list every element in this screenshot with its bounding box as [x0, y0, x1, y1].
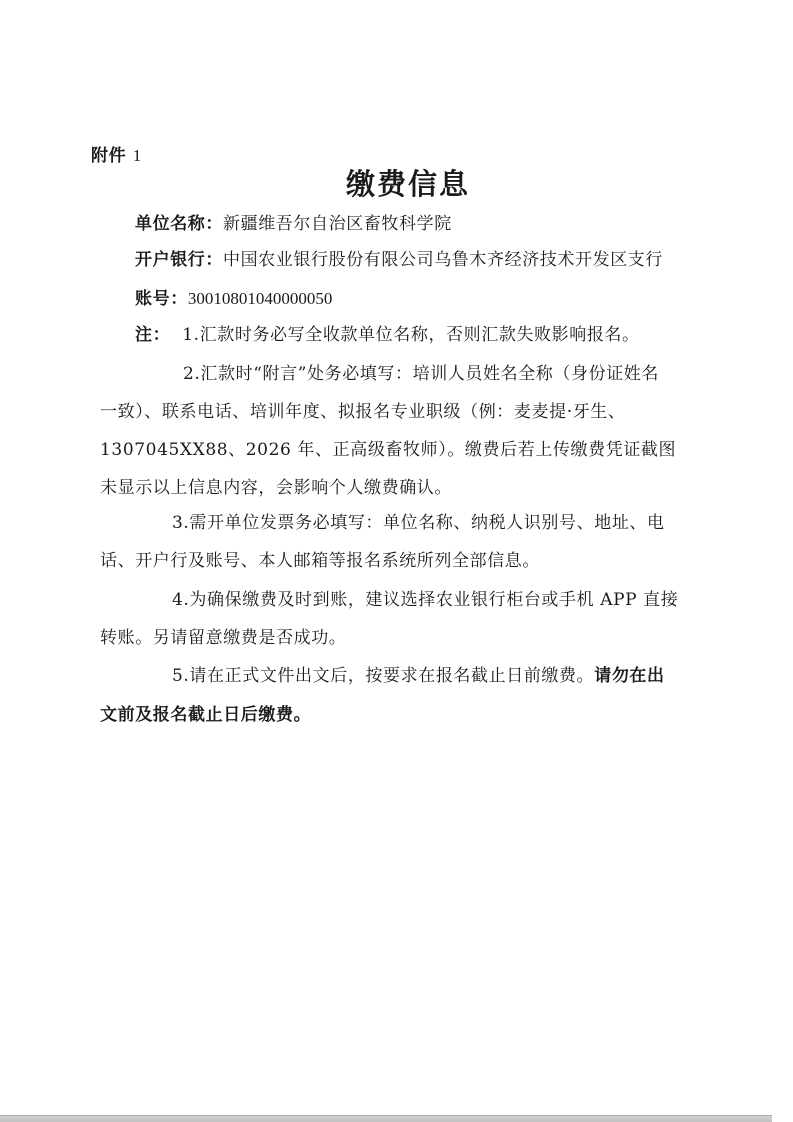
note-2-line-3: 1307045XX88、2026 年、正高级畜牧师）。缴费后若上传缴费凭证截图 — [100, 439, 676, 461]
page-title: 缴费信息 — [346, 166, 470, 202]
bank-row: 开户银行：中国农业银行股份有限公司乌鲁木齐经济技术开发区支行 — [135, 249, 663, 271]
attachment-number: 1 — [133, 146, 142, 165]
unit-name-row: 单位名称：新疆维吾尔自治区畜牧科学院 — [135, 213, 452, 235]
note-4-line-2: 转账。另请留意缴费是否成功。 — [100, 627, 346, 649]
attachment-label: 附件 1 — [91, 145, 142, 167]
document-page: 附件 1 缴费信息 单位名称：新疆维吾尔自治区畜牧科学院 开户银行：中国农业银行… — [0, 0, 793, 1122]
note-5-text: 5.请在正式文件出文后，按要求在报名截止日前缴费。 — [172, 666, 594, 686]
note-3-line-2: 话、开户行及账号、本人邮箱等报名系统所列全部信息。 — [100, 550, 540, 572]
note-2-line-4: 未显示以上信息内容，会影响个人缴费确认。 — [100, 477, 452, 499]
note-4-line-1: 4.为确保缴费及时到账，建议选择农业银行柜台或手机 APP 直接 — [172, 589, 678, 611]
unit-name-label: 单位名称： — [135, 214, 223, 234]
scan-edge — [0, 1115, 772, 1122]
note-3-line-1: 3.需开单位发票务必填写：单位名称、纳税人识别号、地址、电 — [172, 512, 665, 534]
note-2-line-2: 一致）、联系电话、培训年度、拟报名专业职级（例：麦麦提·牙生、 — [100, 401, 626, 423]
notes-label: 注： — [135, 325, 170, 345]
bank-value: 中国农业银行股份有限公司乌鲁木齐经济技术开发区支行 — [223, 250, 663, 270]
note-1: 1.汇款时务必写全收款单位名称，否则汇款失败影响报名。 — [182, 325, 639, 345]
note-1-row: 注： 1.汇款时务必写全收款单位名称，否则汇款失败影响报名。 — [135, 324, 640, 346]
note-5-line-1: 5.请在正式文件出文后，按要求在报名截止日前缴费。请勿在出 — [172, 665, 665, 687]
note-5-warning-start: 请勿在出 — [594, 666, 664, 686]
bank-label: 开户银行： — [135, 250, 223, 270]
attachment-text: 附件 — [91, 146, 126, 166]
account-value: 30010801040000050 — [188, 289, 333, 308]
account-row: 账号：30010801040000050 — [135, 288, 332, 310]
unit-name-value: 新疆维吾尔自治区畜牧科学院 — [223, 214, 452, 234]
note-2-line-1: 2.汇款时“附言”处务必填写：培训人员姓名全称（身份证姓名 — [183, 363, 659, 385]
account-label: 账号： — [135, 289, 188, 309]
note-5-line-2: 文前及报名截止日后缴费。 — [100, 704, 311, 726]
